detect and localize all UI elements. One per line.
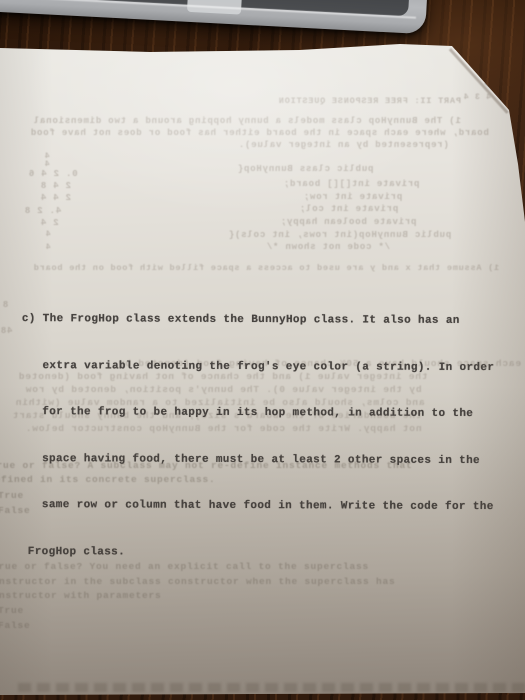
bleedthrough-text-line: public BunnyHop(int rows, int cols){ bbox=[228, 230, 451, 240]
bleedthrough-text-line: public class BunnyHop{ bbox=[237, 164, 373, 174]
question-line: space having food, there must be at leas… bbox=[21, 451, 516, 469]
bleedthrough-text-line: 2 4 4 bbox=[40, 193, 71, 203]
bleedthrough-text-line: private boolean happy; bbox=[280, 217, 416, 227]
bleedthrough-text-line: 2 4 8 bbox=[40, 181, 71, 191]
bleedthrough-text-line: True bbox=[0, 605, 24, 616]
question-line: extra variable denoting the frog's eye c… bbox=[22, 358, 517, 376]
bleedthrough-text-line: private int row; bbox=[303, 192, 402, 202]
bleedthrough-text-line: 2 4 bbox=[40, 218, 59, 228]
bleedthrough-text-line: private int col; bbox=[299, 204, 398, 214]
question-line: c) The FrogHop class extends the BunnyHo… bbox=[22, 312, 517, 330]
bleedthrough-text-line: PART II: FREE RESPONSE QUESTION bbox=[278, 96, 461, 106]
bleedthrough-text-line: 4 bbox=[45, 243, 51, 252]
bleedthrough-text-line: 8 bbox=[2, 300, 8, 310]
bleedthrough-text-line: 0. 2 4 6 bbox=[28, 169, 78, 179]
bleedthrough-text-line: 1) Assume that x and y are used to acces… bbox=[33, 263, 499, 273]
bleedthrough-text-line: 4 bbox=[45, 230, 51, 239]
question-line: FrogHop class. bbox=[21, 544, 516, 562]
bleedthrough-text-line: 1) The BunnyHop class models a bunny hop… bbox=[33, 116, 461, 126]
paper-sheet: PART II: FREE RESPONSE QUESTION4 4 3 41)… bbox=[0, 0, 525, 700]
question-text-block: c) The FrogHop class extends the BunnyHo… bbox=[21, 281, 517, 593]
question-line: same row or column that have food in the… bbox=[21, 498, 516, 516]
bleedthrough-text-line: False bbox=[0, 620, 31, 631]
bleedthrough-text-line: private int[][] board; bbox=[283, 179, 419, 189]
question-line: for the frog to be happy in its hop meth… bbox=[21, 405, 516, 423]
bleedthrough-text-line: 48 bbox=[0, 326, 12, 336]
bleedthrough-text-line: 4 bbox=[44, 160, 50, 169]
photo-of-exam-page: PART II: FREE RESPONSE QUESTION4 4 3 41)… bbox=[0, 0, 525, 700]
bleedthrough-text-line: /* code not shown */ bbox=[266, 242, 390, 252]
bleedthrough-text-line: (represented by an integer value). bbox=[238, 140, 449, 150]
bleedthrough-text-line: 4. 2 8 bbox=[24, 206, 61, 216]
bleedthrough-smudge-line bbox=[18, 683, 525, 692]
bleedthrough-text-line: board, where each space in the board eit… bbox=[30, 128, 489, 138]
bleedthrough-text-line: constructor with parameters bbox=[0, 590, 162, 601]
